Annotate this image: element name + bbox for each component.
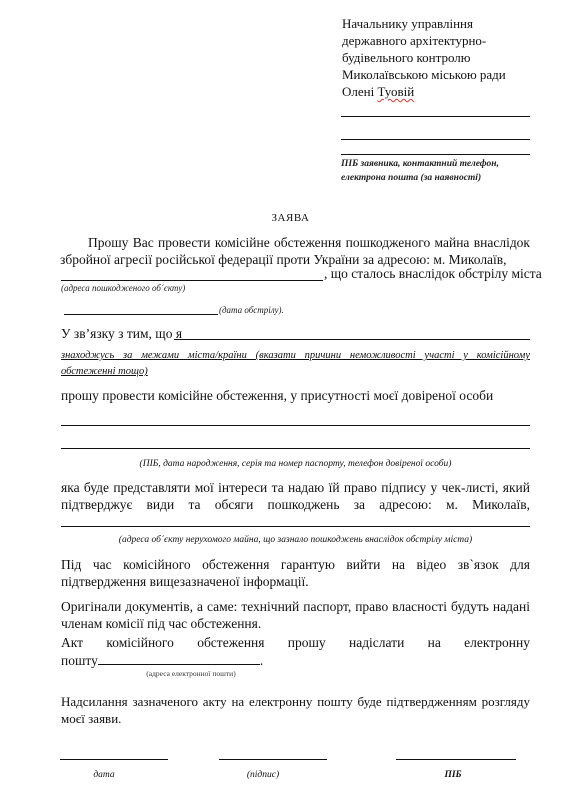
signature-line[interactable] — [219, 759, 327, 760]
trusted-person-request: прошу провести комісійне обстеження, у п… — [61, 387, 531, 404]
reason-lead: У зв’язку з тим, що я — [61, 325, 182, 342]
document-title: ЗАЯВА — [0, 212, 581, 224]
name-label: ПІБ — [430, 770, 476, 780]
paragraph-request-tail: , що сталось внаслідок обстрілу міста — [324, 265, 542, 282]
paragraph-act-line1: Акт комісійного обстеження прошу надісла… — [61, 634, 530, 651]
date-signature-line[interactable] — [60, 759, 168, 760]
reason-hint: знаходжусь за межами міста/країни (вказа… — [61, 348, 530, 380]
trusted-person-field-1[interactable] — [61, 425, 530, 426]
applicant-line-2[interactable] — [341, 139, 530, 140]
addressee-line: державного архітектурно- — [342, 32, 562, 49]
paragraph-video-call: Під час комісійного обстеження гарантую … — [61, 556, 530, 590]
shelling-date-caption: (дата обстрілу). — [219, 305, 284, 315]
paragraph-originals: Оригінали документів, а саме: технічний … — [61, 598, 530, 632]
trusted-person-caption: (ПІБ, дата народження, серія та номер па… — [61, 459, 530, 469]
shelling-date-field[interactable] — [64, 314, 218, 315]
addressee-block: Начальнику управління державного архітек… — [342, 15, 562, 100]
email-field[interactable] — [98, 651, 260, 665]
applicant-line-3[interactable] — [341, 154, 530, 155]
paragraph-confirmation: Надсилання зазначеного акту на електронн… — [61, 693, 530, 727]
date-label: дата — [60, 770, 148, 780]
trusted-person-field-2[interactable] — [61, 448, 530, 449]
paragraph-request: Прошу Вас провести комісійне обстеження … — [60, 234, 530, 268]
email-caption: (адреса електронної пошти) — [61, 669, 321, 678]
applicant-line-1[interactable] — [341, 116, 530, 117]
addressee-line: будівельного контролю — [342, 49, 562, 66]
damaged-address-caption: (адреса пошкодженого об´єкту) — [61, 283, 185, 293]
property-address-caption: (адреса об´єкту нерухомого майна, що заз… — [61, 535, 530, 545]
signature-label: (підпис) — [226, 770, 300, 780]
addressee-name: Олені Туовій — [342, 83, 562, 100]
property-address-field[interactable] — [61, 526, 530, 527]
paragraph-act-line2: пошту. — [61, 651, 263, 669]
applicant-caption: ПІБ заявника, контактний телефон, електр… — [341, 157, 541, 185]
addressee-surname: Туовій — [377, 84, 414, 99]
addressee-line: Начальнику управління — [342, 15, 562, 32]
paragraph-representation: яка буде представляти мої інтереси та на… — [61, 479, 530, 513]
damaged-address-field[interactable] — [61, 280, 323, 281]
addressee-line: Миколаївською міською ради — [342, 66, 562, 83]
reason-field[interactable] — [174, 339, 530, 340]
name-signature-line[interactable] — [396, 759, 516, 760]
